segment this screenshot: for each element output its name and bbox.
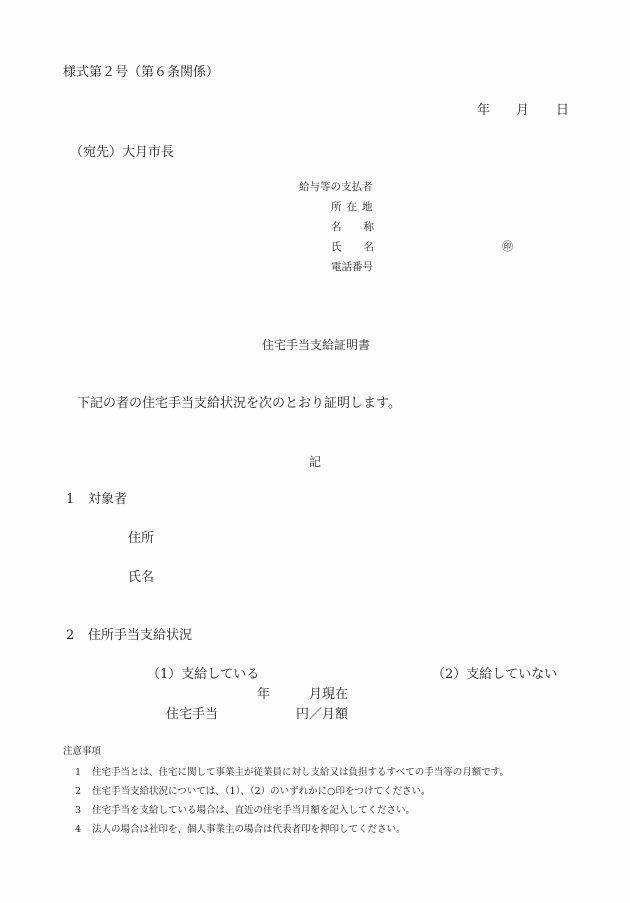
allowance-label: 住宅手当 xyxy=(166,708,218,721)
payer-person-label: 氏名 xyxy=(331,242,396,253)
payer-phone-label: 電話番号 xyxy=(331,262,373,273)
section1-heading: 対象者 xyxy=(88,493,127,506)
note-text: 法人の場合は社印を、個人事業主の場合は代表者印を押印してください。 xyxy=(92,825,406,835)
target-address-label: 住所 xyxy=(128,532,154,545)
option-paying[interactable]: （1）支給している xyxy=(147,668,259,681)
date-day-label: 日 xyxy=(556,104,569,117)
addressee: （宛先）大月市長 xyxy=(70,146,174,159)
document-title: 住宅手当支給証明書 xyxy=(262,339,370,351)
option-not-paying[interactable]: （2）支給していない xyxy=(432,668,557,681)
intro-text: 下記の者の住宅手当支給状況を次のとおり証明します。 xyxy=(77,397,401,410)
note-number: 1 xyxy=(75,768,81,778)
form-number: 様式第２号（第６条関係） xyxy=(63,66,219,79)
note-text: 住宅手当とは、住宅に関して事業主が従業員に対し支給又は負担するすべての手当等の月… xyxy=(92,768,509,778)
date-month-label: 月 xyxy=(516,104,529,117)
note-number: 4 xyxy=(75,825,81,835)
seal-mark: ㊞ xyxy=(502,241,513,252)
note-text: 住宅手当を支給している場合は、直近の住宅手当月額を記入してください。 xyxy=(92,806,415,816)
note-number: 2 xyxy=(75,787,81,797)
note-number: 3 xyxy=(75,806,81,816)
note-text: 住宅手当支給状況については、（1）、（2）のいずれかに○印をつけてください。 xyxy=(92,787,430,797)
target-name-label: 氏名 xyxy=(128,571,154,584)
payer-heading: 給与等の支払者 xyxy=(299,182,373,193)
amount-unit-label: 円／月額 xyxy=(296,708,348,721)
section2-number: 2 xyxy=(66,629,74,642)
as-of-year-label: 年 xyxy=(257,688,270,701)
as-of-month-label: 月現在 xyxy=(309,688,348,701)
payer-address-label: 所在地 xyxy=(331,202,378,213)
date-year-label: 年 xyxy=(477,104,490,117)
payer-name-label: 名称 xyxy=(331,222,396,233)
notes-heading: 注意事項 xyxy=(63,747,101,757)
section1-number: 1 xyxy=(66,493,74,506)
section2-heading: 住所手当支給状況 xyxy=(88,629,192,642)
ki-mark: 記 xyxy=(309,456,321,468)
